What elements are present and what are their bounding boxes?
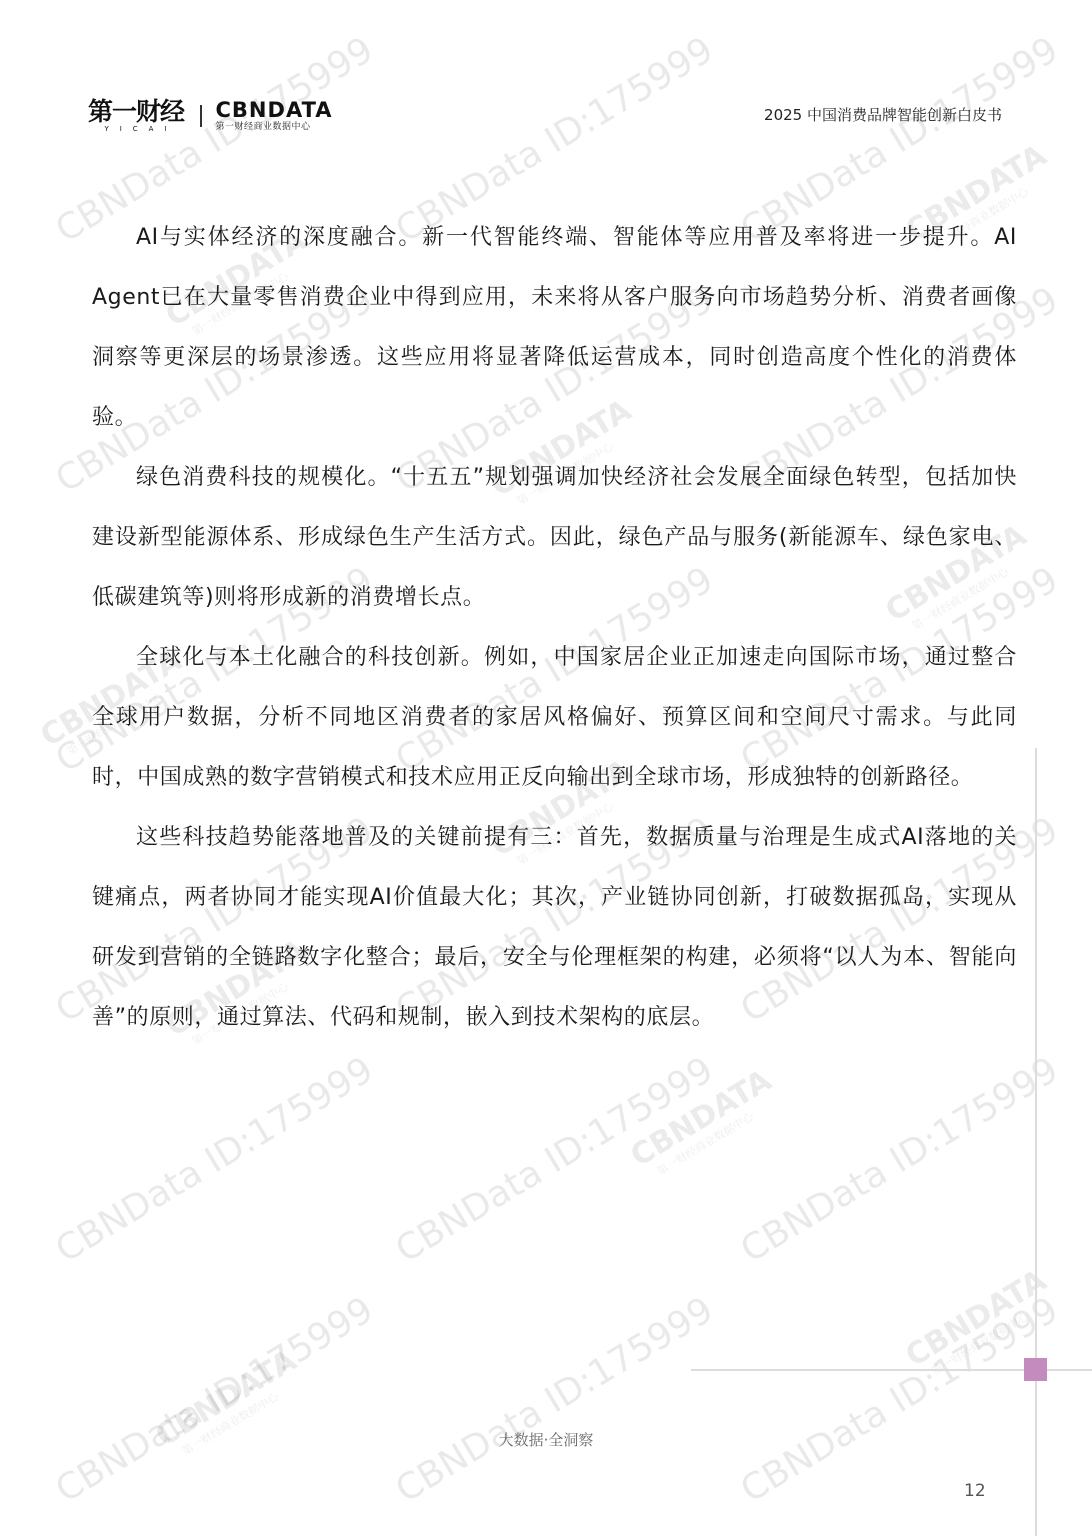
page-number: 12 <box>964 1481 986 1501</box>
cbndata-logo-en: CBNDATA <box>216 99 333 121</box>
watermark-text: CBNData ID:175999 <box>389 1289 720 1511</box>
paragraph: 这些科技趋势能落地普及的关键前提有三：首先，数据质量与治理是生成式AI落地的关键… <box>92 808 1017 1048</box>
watermark-text: CBNData ID:175999 <box>389 1049 720 1271</box>
yicai-logo: 第一财经 YICAI <box>88 99 184 133</box>
watermark-text: CBNData ID:175999 <box>734 1049 1065 1271</box>
paragraph: 全球化与本土化融合的科技创新。例如，中国家居企业正加速走向国际市场，通过整合全球… <box>92 628 1017 808</box>
watermark-text: CBNData ID:175999 <box>49 1049 380 1271</box>
document-title: 2025 中国消费品牌智能创新白皮书 <box>764 104 1002 125</box>
body-text: AI与实体经济的深度融合。新一代智能终端、智能体等应用普及率将进一步提升。AI … <box>92 208 1017 1048</box>
watermark-logo: CBNDATA第一财经商业数据中心 <box>626 1066 784 1186</box>
yicai-logo-en: YICAI <box>104 125 177 133</box>
vertical-rule <box>1035 748 1037 1536</box>
paragraph: 绿色消费科技的规模化。“十五五”规划强调加快经济社会发展全面绿色转型，包括加快建… <box>92 448 1017 628</box>
footer-slogan: 大数据·全洞察 <box>0 1429 1092 1450</box>
watermark-text: CBNData ID:175999 <box>49 1289 380 1511</box>
watermark-text: CBNData ID:175999 <box>734 1289 1065 1511</box>
paragraph: AI与实体经济的深度融合。新一代智能终端、智能体等应用普及率将进一步提升。AI … <box>92 208 1017 448</box>
cbndata-logo: CBNDATA 第一财经商业数据中心 <box>216 99 333 133</box>
logo-divider <box>200 105 202 127</box>
cbndata-logo-cn: 第一财经商业数据中心 <box>216 121 333 133</box>
accent-square <box>1024 1358 1047 1381</box>
yicai-logo-cn: 第一财经 <box>88 99 184 125</box>
header-logo: 第一财经 YICAI CBNDATA 第一财经商业数据中心 <box>88 96 333 136</box>
